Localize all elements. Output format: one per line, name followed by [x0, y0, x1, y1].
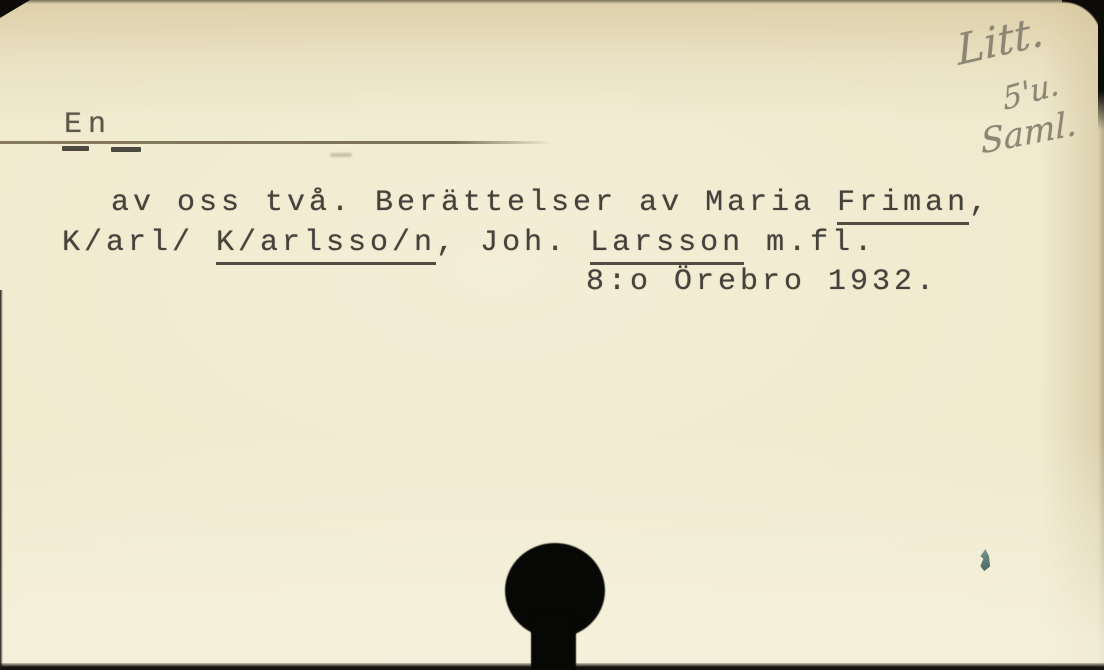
text-segment: K/arl/ [62, 226, 216, 260]
text-segment: av oss två. Berättelser av Maria [111, 186, 837, 220]
ruled-line [0, 141, 552, 144]
underlined-text: K/arlsso/n [216, 226, 436, 265]
punch-hole-slot [531, 612, 576, 670]
pencil-annotation: Saml. [980, 104, 1078, 163]
text-segment: , Joh. [436, 226, 590, 260]
underlined-text: Larsson [590, 226, 744, 265]
scan-edge-left [0, 290, 3, 670]
scan-corner-top-left [0, 0, 30, 18]
scan-edge-right [1098, 0, 1104, 130]
pencil-annotation: Litt. [955, 6, 1045, 75]
typewritten-line: K/arl/ K/arlsso/n, Joh. Larsson m.fl. [62, 226, 876, 260]
typed-underscore [111, 147, 141, 152]
typewritten-line: av oss två. Berättelser av Maria Friman, [111, 186, 991, 220]
typed-underscore [62, 146, 89, 151]
underlined-text: Friman [837, 186, 969, 225]
imprint-line: 8:o Örebro 1932. [586, 265, 938, 299]
catalog-card: En av oss två. Berättelser av Maria Frim… [0, 0, 1104, 670]
teal-pencil-mark [977, 548, 993, 572]
ink-smudge [330, 153, 352, 157]
headword: En [64, 108, 112, 142]
text-segment: 8:o Örebro 1932. [586, 265, 938, 299]
text-segment: m.fl. [744, 226, 876, 260]
text-segment: , [969, 186, 991, 220]
